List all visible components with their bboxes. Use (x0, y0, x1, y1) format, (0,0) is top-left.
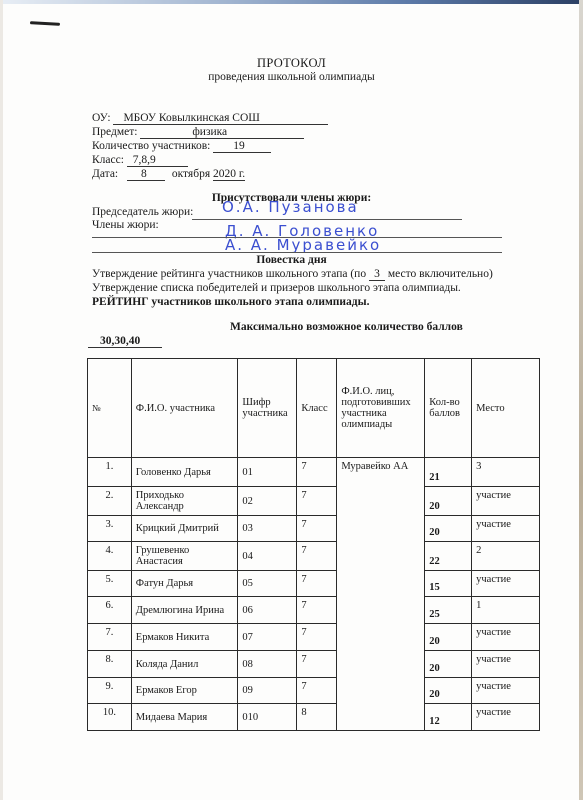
participants-label: Количество участников: (92, 140, 210, 152)
agenda-item-1-place: 3 (369, 268, 385, 281)
field-date: Дата: 8 октября 2020 г. (92, 168, 245, 181)
cell-class: 7 (297, 651, 337, 678)
agenda-item-1-tail: место включительно) (388, 268, 493, 280)
rating-heading: РЕЙТИНГ участников школьного этапа олимп… (92, 296, 369, 308)
jury-members-label: Члены жюри: (92, 219, 159, 231)
field-participants: Количество участников: 19 (92, 140, 271, 153)
cell-place: 1 (472, 597, 540, 624)
cell-score: 21 (425, 458, 472, 487)
cell-code: 03 (238, 516, 297, 542)
cell-score: 20 (425, 487, 472, 516)
cell-code: 04 (238, 542, 297, 571)
cell-name: Мидаева Мария (131, 704, 238, 731)
header-score: Кол-во баллов (425, 359, 472, 458)
cell-name: Головенко Дарья (131, 458, 238, 487)
cell-place: участие (472, 624, 540, 651)
cell-score: 12 (425, 704, 472, 731)
header-num: № (88, 359, 132, 458)
cell-place: участие (472, 487, 540, 516)
cell-num: 9. (88, 678, 132, 704)
cell-class: 7 (297, 597, 337, 624)
header-name: Ф.И.О. участника (131, 359, 238, 458)
jury-chair-signature: О.А. Пузанова (222, 198, 359, 216)
cell-score: 20 (425, 651, 472, 678)
table-row: 4.Грушевенко Анастасия047222 (88, 542, 540, 571)
cell-class: 7 (297, 458, 337, 487)
class-label: Класс: (92, 154, 124, 166)
cell-name: Ермаков Никита (131, 624, 238, 651)
chair-underline (192, 219, 462, 220)
cell-name: Крицкий Дмитрий (131, 516, 238, 542)
agenda-item-2: Утверждение списка победителей и призеро… (92, 282, 461, 294)
date-month: октября (172, 168, 210, 180)
cell-num: 6. (88, 597, 132, 624)
cell-name: Дремлюгина Ирина (131, 597, 238, 624)
cell-num: 3. (88, 516, 132, 542)
cell-score: 20 (425, 516, 472, 542)
class-value: 7,8,9 (127, 154, 188, 167)
table-row: 1.Головенко Дарья017Муравейко АА213 (88, 458, 540, 487)
field-subject: Предмет: физика (92, 126, 304, 139)
subject-value: физика (140, 126, 304, 139)
date-year: 2020 г. (213, 168, 245, 181)
cell-num: 7. (88, 624, 132, 651)
ou-value: МБОУ Ковылкинская СОШ (113, 112, 328, 125)
date-day: 8 (127, 168, 165, 181)
table-row: 5.Фатун Дарья05715участие (88, 571, 540, 597)
cell-place: участие (472, 516, 540, 542)
cell-code: 01 (238, 458, 297, 487)
table-row: 8.Коляда Данил08720участие (88, 651, 540, 678)
cell-place: 2 (472, 542, 540, 571)
document-subtitle: проведения школьной олимпиады (0, 71, 583, 83)
cell-place: участие (472, 704, 540, 731)
member2-underline (92, 252, 502, 253)
max-score-label: Максимально возможное количество баллов (230, 321, 463, 333)
header-class: Класс (297, 359, 337, 458)
max-score-number: 30,30,40 (88, 335, 162, 348)
cell-name: Коляда Данил (131, 651, 238, 678)
cell-name: Грушевенко Анастасия (131, 542, 238, 571)
rating-table: № Ф.И.О. участника Шифр участника Класс … (87, 358, 540, 731)
cell-class: 7 (297, 624, 337, 651)
cell-class: 7 (297, 516, 337, 542)
cell-code: 05 (238, 571, 297, 597)
jury-chair-label: Председатель жюри: (92, 206, 193, 218)
header-code: Шифр участника (238, 359, 297, 458)
agenda-heading: Повестка дня (0, 254, 583, 266)
cell-place: участие (472, 651, 540, 678)
participants-value: 19 (213, 140, 271, 153)
cell-code: 09 (238, 678, 297, 704)
table-row: 7.Ермаков Никита07720участие (88, 624, 540, 651)
cell-num: 2. (88, 487, 132, 516)
max-score-value: 30,30,40 (88, 335, 162, 348)
stray-pen-mark (30, 21, 60, 26)
ou-label: ОУ: (92, 112, 111, 124)
cell-class: 8 (297, 704, 337, 731)
scan-edge-left (0, 0, 3, 800)
cell-score: 25 (425, 597, 472, 624)
cell-code: 07 (238, 624, 297, 651)
field-class: Класс: 7,8,9 (92, 154, 188, 167)
agenda-item-1: Утверждение рейтинга участников школьног… (92, 268, 493, 281)
cell-place: участие (472, 678, 540, 704)
cell-score: 15 (425, 571, 472, 597)
subject-label: Предмет: (92, 126, 137, 138)
table-header-row: № Ф.И.О. участника Шифр участника Класс … (88, 359, 540, 458)
cell-code: 010 (238, 704, 297, 731)
scan-edge-right (579, 0, 583, 800)
cell-num: 8. (88, 651, 132, 678)
cell-num: 1. (88, 458, 132, 487)
table-row: 3.Крицкий Дмитрий03720участие (88, 516, 540, 542)
cell-class: 7 (297, 571, 337, 597)
cell-num: 4. (88, 542, 132, 571)
cell-code: 02 (238, 487, 297, 516)
header-teacher: Ф.И.О. лиц, подготовивших участника олим… (337, 359, 425, 458)
cell-class: 7 (297, 487, 337, 516)
cell-num: 10. (88, 704, 132, 731)
cell-class: 7 (297, 542, 337, 571)
cell-code: 06 (238, 597, 297, 624)
date-label: Дата: (92, 168, 118, 180)
table-row: 9.Ермаков Егор09720участие (88, 678, 540, 704)
table-row: 10.Мидаева Мария010812участие (88, 704, 540, 731)
cell-score: 22 (425, 542, 472, 571)
cell-code: 08 (238, 651, 297, 678)
field-ou: ОУ: МБОУ Ковылкинская СОШ (92, 112, 328, 125)
cell-name: Приходько Александр (131, 487, 238, 516)
table-row: 2.Приходько Александр02720участие (88, 487, 540, 516)
agenda-item-1-text: Утверждение рейтинга участников школьног… (92, 268, 366, 280)
cell-class: 7 (297, 678, 337, 704)
scan-edge-top (0, 0, 583, 4)
cell-place: 3 (472, 458, 540, 487)
document-title: ПРОТОКОЛ (0, 56, 583, 71)
cell-score: 20 (425, 624, 472, 651)
cell-score: 20 (425, 678, 472, 704)
cell-name: Ермаков Егор (131, 678, 238, 704)
cell-num: 5. (88, 571, 132, 597)
cell-name: Фатун Дарья (131, 571, 238, 597)
cell-place: участие (472, 571, 540, 597)
table-row: 6.Дремлюгина Ирина067251 (88, 597, 540, 624)
header-place: Место (472, 359, 540, 458)
cell-teacher: Муравейко АА (337, 458, 425, 731)
